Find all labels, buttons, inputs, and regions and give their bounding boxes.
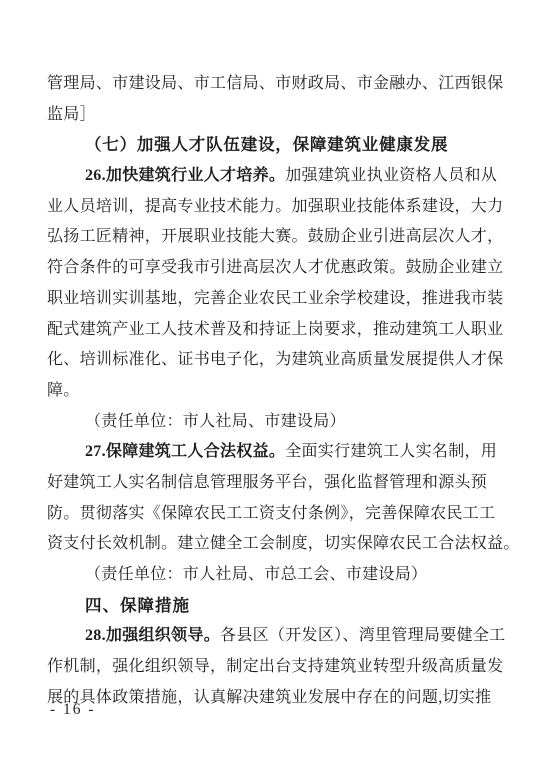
item-26-first-line: 26.加快建筑行业人才培养。加强建筑业执业资格人员和从 — [47, 161, 490, 192]
paragraph-continuation-line: 监局］ — [47, 100, 490, 131]
document-body: 管理局、市建设局、市工信局、市财政局、市金融办、江西银保 监局］ （七）加强人才… — [47, 69, 490, 713]
body-line: 展的具体政策措施，认真解决建筑业发展中存在的问题,切实推 — [47, 683, 490, 714]
document-page: 管理局、市建设局、市工信局、市财政局、市金融办、江西银保 监局］ （七）加强人才… — [0, 0, 535, 770]
body-text: 各县区（开发区）、湾里管理局要健全工 — [220, 627, 505, 644]
body-text: 作机制，强化组织领导，制定出台支持建筑业转型升级高质量发 — [47, 658, 503, 675]
body-line: 作机制，强化组织领导，制定出台支持建筑业转型升级高质量发 — [47, 652, 490, 683]
body-text: 职业培训实训基地，完善企业农民工业余学校建设，推进我市装 — [47, 290, 503, 307]
body-text: 化、培训标准化、证书电子化，为建筑业高质量发展提供人才保 — [47, 351, 503, 368]
body-text: （责任单位：市人社局、市总工会、市建设局） — [85, 566, 427, 583]
body-text: 业人员培训，提高专业技术能力。加强职业技能体系建设，大力 — [47, 198, 503, 215]
body-text: 管理局、市建设局、市工信局、市财政局、市金融办、江西银保 — [47, 75, 503, 92]
item-28-lead: 28.加强组织领导。 — [85, 627, 220, 644]
section-heading-text: 四、保障措施 — [85, 597, 190, 615]
section-heading-7: （七）加强人才队伍建设，保障建筑业健康发展 — [47, 130, 490, 161]
body-text: 展的具体政策措施，认真解决建筑业发展中存在的问题,切实推 — [47, 689, 491, 706]
page-number: - 16 - — [50, 701, 96, 719]
responsibility-unit-line-26: （责任单位：市人社局、市建设局） — [47, 407, 490, 438]
item-28-first-line: 28.加强组织领导。各县区（开发区）、湾里管理局要健全工 — [47, 621, 490, 652]
body-line: 弘扬工匠精神，开展职业技能大赛。鼓励企业引进高层次人才， — [47, 222, 490, 253]
body-line: 防。贯彻落实《保障农民工工资支付条例》，完善保障农民工工 — [47, 499, 490, 530]
body-line: 业人员培训，提高专业技术能力。加强职业技能体系建设，大力 — [47, 192, 490, 223]
body-line: 障。 — [47, 376, 490, 407]
body-text: 资支付长效机制。建立健全工会制度，切实保障农民工合法权益。 — [47, 535, 520, 552]
body-text: 弘扬工匠精神，开展职业技能大赛。鼓励企业引进高层次人才， — [47, 228, 503, 245]
body-line: 配式建筑产业工人技术普及和持证上岗要求，推动建筑工人职业 — [47, 315, 490, 346]
item-27-lead: 27.保障建筑工人合法权益。 — [85, 443, 285, 460]
responsibility-unit-line-27: （责任单位：市人社局、市总工会、市建设局） — [47, 560, 490, 591]
body-text: 配式建筑产业工人技术普及和持证上岗要求，推动建筑工人职业 — [47, 321, 503, 338]
body-text: 障。 — [47, 382, 80, 399]
paragraph-continuation-line: 管理局、市建设局、市工信局、市财政局、市金融办、江西银保 — [47, 69, 490, 100]
body-line: 资支付长效机制。建立健全工会制度，切实保障农民工合法权益。 — [47, 529, 490, 560]
body-text: （责任单位：市人社局、市建设局） — [85, 413, 346, 430]
body-text: 防。贯彻落实《保障农民工工资支付条例》，完善保障农民工工 — [47, 505, 495, 522]
item-26-lead: 26.加快建筑行业人才培养。 — [85, 167, 285, 184]
body-text: 好建筑工人实名制信息管理服务平台，强化监督管理和源头预 — [47, 474, 487, 491]
body-line: 职业培训实训基地，完善企业农民工业余学校建设，推进我市装 — [47, 284, 490, 315]
section-heading-4: 四、保障措施 — [47, 591, 490, 622]
body-text: 加强建筑业执业资格人员和从 — [285, 167, 497, 184]
item-27-first-line: 27.保障建筑工人合法权益。全面实行建筑工人实名制，用 — [47, 437, 490, 468]
body-line: 化、培训标准化、证书电子化，为建筑业高质量发展提供人才保 — [47, 345, 490, 376]
section-heading-text: （七）加强人才队伍建设，保障建筑业健康发展 — [85, 135, 448, 154]
body-text: 监局］ — [47, 106, 96, 123]
body-text: 符合条件的可享受我市引进高层次人才优惠政策。鼓励企业建立 — [47, 259, 503, 276]
body-line: 好建筑工人实名制信息管理服务平台，强化监督管理和源头预 — [47, 468, 490, 499]
body-line: 符合条件的可享受我市引进高层次人才优惠政策。鼓励企业建立 — [47, 253, 490, 284]
body-text: 全面实行建筑工人实名制，用 — [285, 443, 497, 460]
